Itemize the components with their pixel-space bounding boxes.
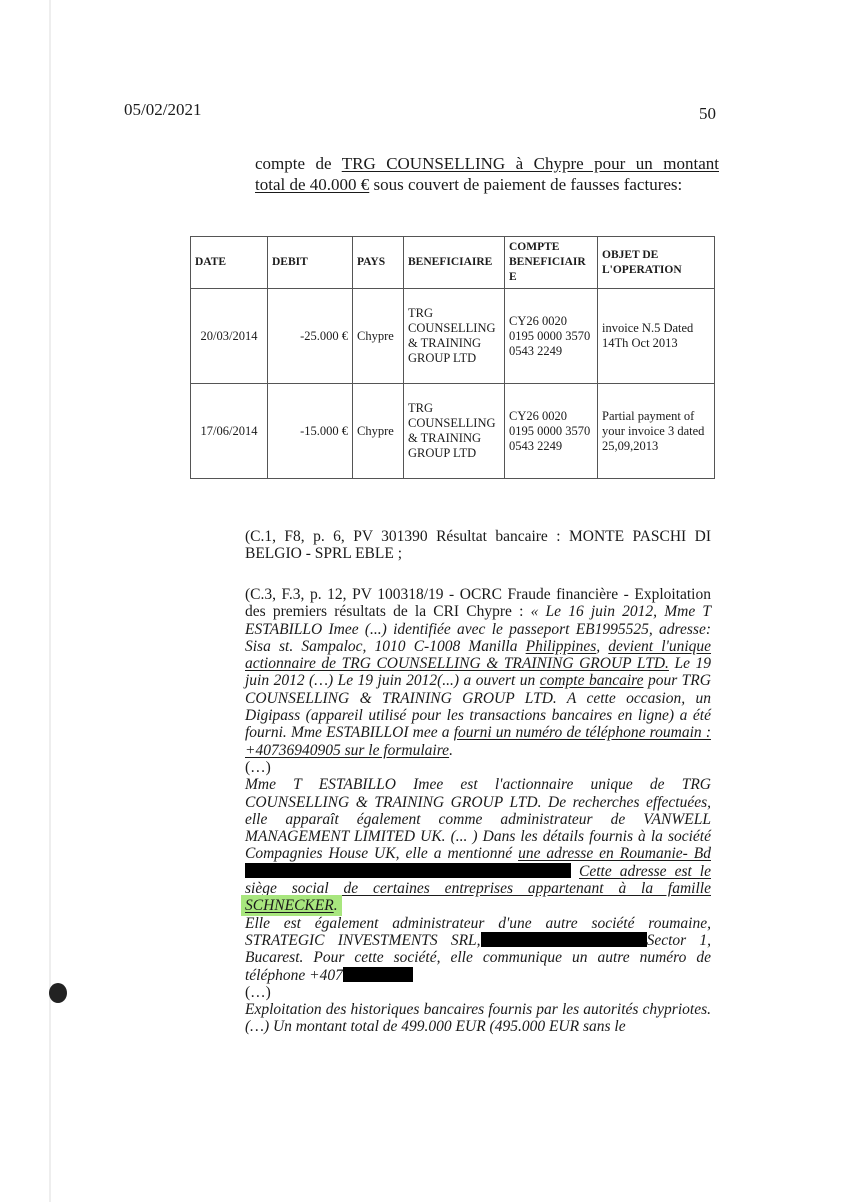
quote-underline-address: une adresse en Roumanie- Bd bbox=[518, 845, 711, 862]
table-row: 20/03/2014 -25.000 € Chypre TRG COUNSELL… bbox=[191, 289, 715, 384]
quote-sep: , bbox=[596, 638, 608, 655]
cell-beneficiaire: TRG COUNSELLING & TRAINING GROUP LTD bbox=[404, 289, 505, 384]
cell-objet: Partial payment of your invoice 3 dated … bbox=[598, 384, 715, 479]
quote-underline-compte: compte bancaire bbox=[540, 672, 644, 689]
redaction-company-address bbox=[481, 932, 647, 947]
cell-objet: invoice N.5 Dated 14Th Oct 2013 bbox=[598, 289, 715, 384]
reference-cri-cyprus: (C.3, F.3, p. 12, PV 100318/19 - OCRC Fr… bbox=[245, 586, 711, 1036]
intro-suffix: sous couvert de paiement de fausses fact… bbox=[369, 175, 682, 194]
col-beneficiaire: BENEFICIAIRE bbox=[404, 237, 505, 289]
punch-hole-mark bbox=[49, 983, 67, 1003]
col-date: DATE bbox=[191, 237, 268, 289]
cell-compte: CY26 0020 0195 0000 3570 0543 2249 bbox=[505, 289, 598, 384]
ellipsis-1: (…) bbox=[245, 759, 271, 776]
redaction-address bbox=[245, 863, 571, 878]
ellipsis-2: (…) bbox=[245, 984, 271, 1001]
table-row: 17/06/2014 -15.000 € Chypre TRG COUNSELL… bbox=[191, 384, 715, 479]
redaction-phone bbox=[343, 967, 413, 982]
reference-bank-result: (C.1, F8, p. 6, PV 301390 Résultat banca… bbox=[245, 528, 711, 563]
header-date: 05/02/2021 bbox=[124, 100, 201, 120]
intro-prefix: compte de bbox=[255, 154, 342, 173]
cell-beneficiaire: TRG COUNSELLING & TRAINING GROUP LTD bbox=[404, 384, 505, 479]
cell-debit: -15.000 € bbox=[268, 384, 353, 479]
col-objet: OBJET DE L'OPERATION bbox=[598, 237, 715, 289]
cell-compte: CY26 0020 0195 0000 3570 0543 2249 bbox=[505, 384, 598, 479]
quote-part-5: . bbox=[449, 742, 453, 759]
col-compte: COMPTE BENEFICIAIR E bbox=[505, 237, 598, 289]
ref1-line-1: (C.1, F8, p. 6, PV 301390 Résultat banca… bbox=[245, 528, 711, 545]
quote-underline-philippines: Philippines bbox=[526, 638, 597, 655]
quote-part-9: Exploitation des historiques bancaires f… bbox=[245, 1001, 711, 1035]
highlight-text: SCHNECKER bbox=[245, 897, 334, 914]
intro-paragraph: compte de TRG COUNSELLING à Chypre pour … bbox=[255, 153, 719, 195]
col-debit: DEBIT bbox=[268, 237, 353, 289]
cell-date: 17/06/2014 bbox=[191, 384, 268, 479]
page-number: 50 bbox=[699, 104, 716, 124]
ref1-line-2: BELGIO - SPRL EBLE ; bbox=[245, 545, 711, 562]
table-header-row: DATE DEBIT PAYS BENEFICIAIRE COMPTE BENE… bbox=[191, 237, 715, 289]
scan-margin-line bbox=[49, 0, 51, 1202]
transactions-table: DATE DEBIT PAYS BENEFICIAIRE COMPTE BENE… bbox=[190, 236, 715, 479]
cell-date: 20/03/2014 bbox=[191, 289, 268, 384]
cell-pays: Chypre bbox=[353, 289, 404, 384]
intro-underline-2: total de 40.000 € bbox=[255, 175, 369, 194]
cell-debit: -25.000 € bbox=[268, 289, 353, 384]
cell-pays: Chypre bbox=[353, 384, 404, 479]
intro-underline-1: TRG COUNSELLING à Chypre pour un montant bbox=[342, 154, 719, 173]
col-pays: PAYS bbox=[353, 237, 404, 289]
highlighted-name: SCHNECKER. bbox=[241, 895, 342, 916]
